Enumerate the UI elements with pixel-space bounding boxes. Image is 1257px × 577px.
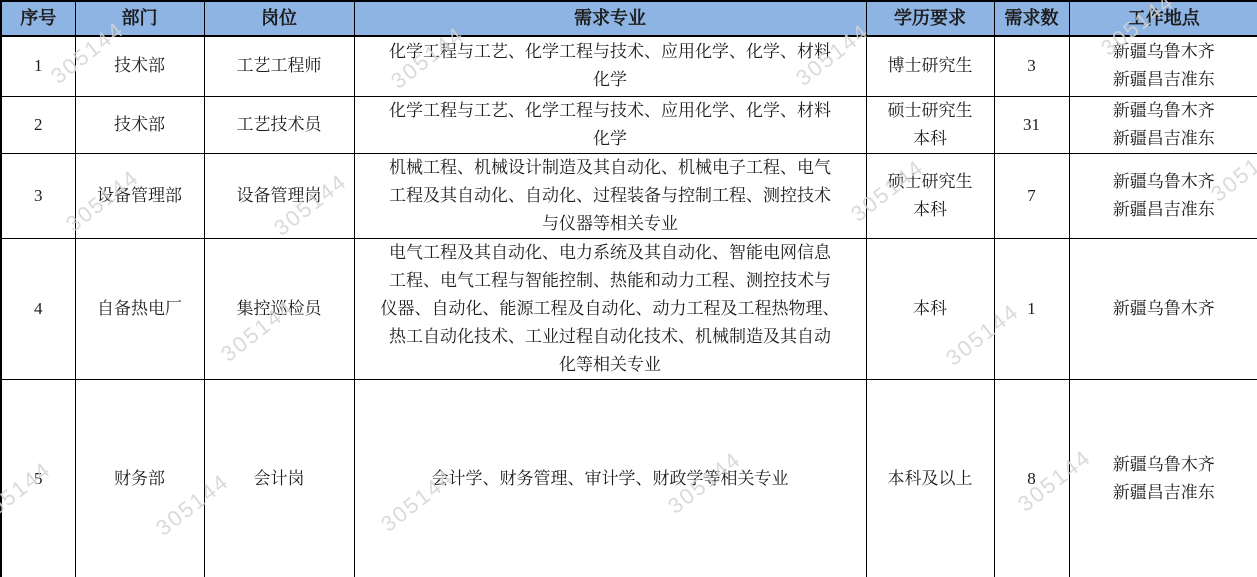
cell-position: 工艺工程师 bbox=[204, 36, 354, 96]
cell-education: 硕士研究生 本科 bbox=[866, 96, 994, 153]
cell-location: 新疆乌鲁木齐 新疆昌吉准东 bbox=[1069, 96, 1257, 153]
table-row: 1 技术部 工艺工程师 化学工程与工艺、化学工程与技术、应用化学、化学、材料 化… bbox=[1, 36, 1257, 96]
table-row: 3 设备管理部 设备管理岗 机械工程、机械设计制造及其自动化、机械电子工程、电气… bbox=[1, 153, 1257, 238]
cell-department: 自备热电厂 bbox=[75, 238, 204, 379]
header-count: 需求数 bbox=[994, 1, 1069, 36]
cell-education: 博士研究生 bbox=[866, 36, 994, 96]
cell-count: 3 bbox=[994, 36, 1069, 96]
header-department: 部门 bbox=[75, 1, 204, 36]
cell-majors: 电气工程及其自动化、电力系统及其自动化、智能电网信息 工程、电气工程与智能控制、… bbox=[354, 238, 866, 379]
cell-serial: 5 bbox=[1, 379, 75, 577]
header-serial: 序号 bbox=[1, 1, 75, 36]
cell-majors: 化学工程与工艺、化学工程与技术、应用化学、化学、材料 化学 bbox=[354, 96, 866, 153]
cell-count: 31 bbox=[994, 96, 1069, 153]
header-location: 工作地点 bbox=[1069, 1, 1257, 36]
cell-department: 技术部 bbox=[75, 96, 204, 153]
header-majors: 需求专业 bbox=[354, 1, 866, 36]
cell-serial: 3 bbox=[1, 153, 75, 238]
recruitment-table: 序号 部门 岗位 需求专业 学历要求 需求数 工作地点 1 技术部 工艺工程师 … bbox=[0, 0, 1257, 577]
header-position: 岗位 bbox=[204, 1, 354, 36]
cell-position: 工艺技术员 bbox=[204, 96, 354, 153]
header-education: 学历要求 bbox=[866, 1, 994, 36]
cell-majors: 机械工程、机械设计制造及其自动化、机械电子工程、电气 工程及其自动化、自动化、过… bbox=[354, 153, 866, 238]
table-row: 5 财务部 会计岗 会计学、财务管理、审计学、财政学等相关专业 本科及以上 8 … bbox=[1, 379, 1257, 577]
table-row: 2 技术部 工艺技术员 化学工程与工艺、化学工程与技术、应用化学、化学、材料 化… bbox=[1, 96, 1257, 153]
cell-department: 技术部 bbox=[75, 36, 204, 96]
cell-position: 会计岗 bbox=[204, 379, 354, 577]
cell-count: 7 bbox=[994, 153, 1069, 238]
cell-education: 本科 bbox=[866, 238, 994, 379]
cell-serial: 2 bbox=[1, 96, 75, 153]
cell-majors: 化学工程与工艺、化学工程与技术、应用化学、化学、材料 化学 bbox=[354, 36, 866, 96]
cell-position: 设备管理岗 bbox=[204, 153, 354, 238]
cell-location: 新疆乌鲁木齐 bbox=[1069, 238, 1257, 379]
cell-serial: 4 bbox=[1, 238, 75, 379]
cell-count: 1 bbox=[994, 238, 1069, 379]
table-header-row: 序号 部门 岗位 需求专业 学历要求 需求数 工作地点 bbox=[1, 1, 1257, 36]
cell-location: 新疆乌鲁木齐 新疆昌吉准东 bbox=[1069, 379, 1257, 577]
cell-majors: 会计学、财务管理、审计学、财政学等相关专业 bbox=[354, 379, 866, 577]
cell-location: 新疆乌鲁木齐 新疆昌吉准东 bbox=[1069, 36, 1257, 96]
cell-serial: 1 bbox=[1, 36, 75, 96]
table-row: 4 自备热电厂 集控巡检员 电气工程及其自动化、电力系统及其自动化、智能电网信息… bbox=[1, 238, 1257, 379]
cell-location: 新疆乌鲁木齐 新疆昌吉准东 bbox=[1069, 153, 1257, 238]
cell-count: 8 bbox=[994, 379, 1069, 577]
cell-department: 设备管理部 bbox=[75, 153, 204, 238]
cell-department: 财务部 bbox=[75, 379, 204, 577]
cell-education: 硕士研究生 本科 bbox=[866, 153, 994, 238]
cell-position: 集控巡检员 bbox=[204, 238, 354, 379]
cell-education: 本科及以上 bbox=[866, 379, 994, 577]
recruitment-table-page: 305144 305144 305144 305144 305144 30514… bbox=[0, 0, 1257, 577]
